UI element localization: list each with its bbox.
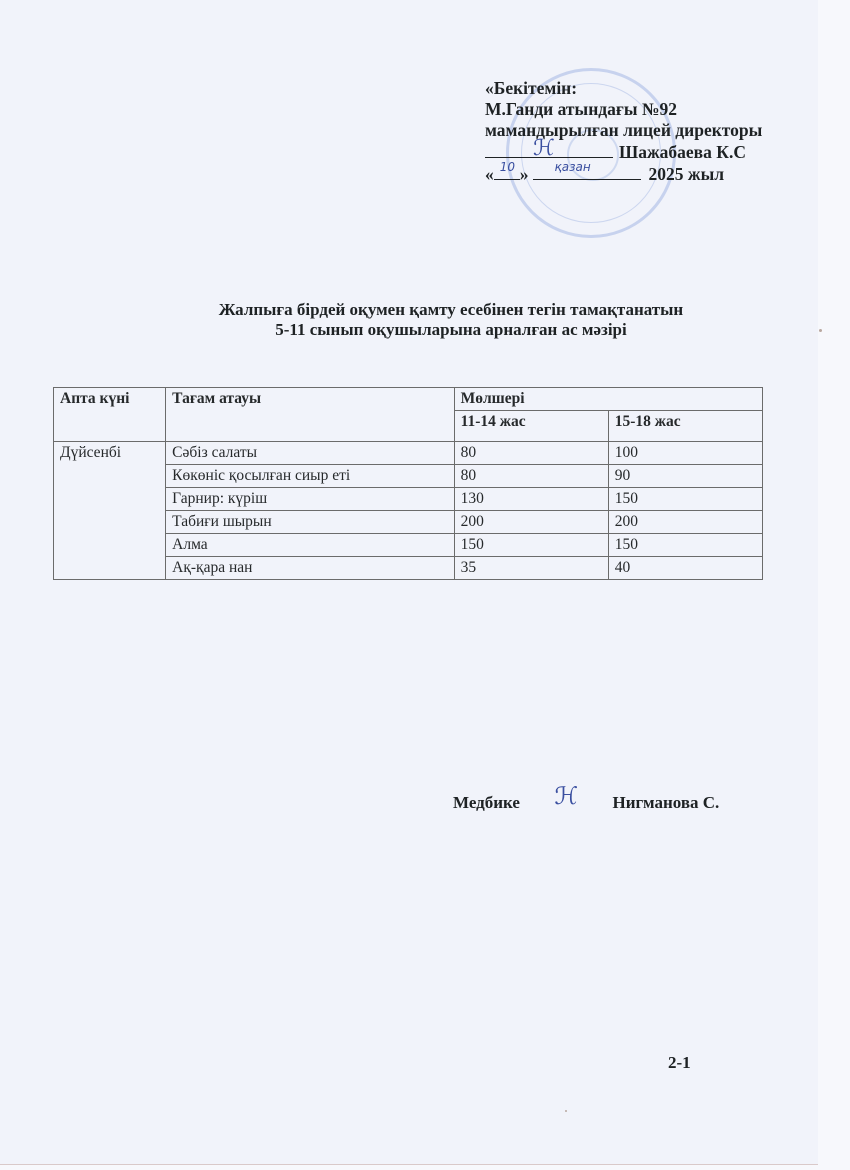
day-cell: Дүйсенбі: [54, 442, 166, 580]
date-month-handwritten: қазан: [555, 157, 591, 178]
header-age-15-18: 15-18 жас: [608, 411, 762, 442]
date-day-handwritten: 10: [500, 157, 515, 178]
approval-line-1: «Бекітемін:: [485, 78, 762, 99]
title-line-1: Жалпыға бірдей оқумен қамту есебінен тег…: [26, 300, 850, 320]
approval-date-line: «10»қазан2025 жыл: [485, 163, 762, 185]
scan-margin-bottom: [0, 1164, 818, 1170]
date-year: 2025 жыл: [649, 164, 725, 184]
menu-table-body: ДүйсенбіСәбіз салаты80100Көкөніс қосылға…: [54, 442, 763, 580]
amount-15-18-cell: 150: [608, 534, 762, 557]
director-signature-line: ℋШажабаева К.С: [485, 141, 762, 163]
amount-15-18-cell: 150: [608, 488, 762, 511]
scan-speck: [819, 329, 822, 332]
amount-11-14-cell: 200: [454, 511, 608, 534]
amount-11-14-cell: 130: [454, 488, 608, 511]
header-dish: Тағам атауы: [166, 388, 454, 442]
nurse-signature-block: Медбике ℋ Нигманова С.: [453, 786, 719, 814]
document-title: Жалпыға бірдей оқумен қамту есебінен тег…: [0, 300, 850, 340]
approval-line-2: М.Ганди атындағы №92: [485, 99, 762, 120]
approval-block: «Бекітемін: М.Ганди атындағы №92 маманды…: [485, 78, 762, 185]
amount-11-14-cell: 80: [454, 442, 608, 465]
director-signature: ℋ: [533, 138, 555, 159]
scan-margin-right: [818, 0, 850, 1170]
date-day-blank: 10: [494, 163, 520, 180]
scan-speck: [565, 1110, 567, 1112]
amount-15-18-cell: 100: [608, 442, 762, 465]
amount-11-14-cell: 35: [454, 557, 608, 580]
title-line-2: 5-11 сынып оқушыларына арналған ас мәзір…: [26, 320, 850, 340]
dish-cell: Көкөніс қосылған сиыр еті: [166, 465, 454, 488]
nurse-name: Нигманова С.: [612, 793, 719, 812]
nurse-role: Медбике: [453, 793, 520, 812]
page-number: 2-1: [668, 1053, 691, 1073]
dish-cell: Гарнир: күріш: [166, 488, 454, 511]
amount-11-14-cell: 80: [454, 465, 608, 488]
dish-cell: Алма: [166, 534, 454, 557]
dish-cell: Ақ-қара нан: [166, 557, 454, 580]
header-day: Апта күні: [54, 388, 166, 442]
amount-11-14-cell: 150: [454, 534, 608, 557]
dish-cell: Сәбіз салаты: [166, 442, 454, 465]
amount-15-18-cell: 90: [608, 465, 762, 488]
amount-15-18-cell: 40: [608, 557, 762, 580]
amount-15-18-cell: 200: [608, 511, 762, 534]
approval-line-3: мамандырылған лицей директоры: [485, 120, 762, 141]
header-age-11-14: 11-14 жас: [454, 411, 608, 442]
nurse-signature: ℋ: [524, 782, 608, 810]
table-row: ДүйсенбіСәбіз салаты80100: [54, 442, 763, 465]
dish-cell: Табиғи шырын: [166, 511, 454, 534]
date-month-blank: қазан: [533, 163, 641, 180]
header-amount: Мөлшері: [454, 388, 762, 411]
director-name: Шажабаева К.С: [619, 142, 746, 162]
signature-blank: ℋ: [485, 141, 613, 158]
menu-table: Апта күні Тағам атауы Мөлшері 11-14 жас …: [53, 387, 763, 580]
